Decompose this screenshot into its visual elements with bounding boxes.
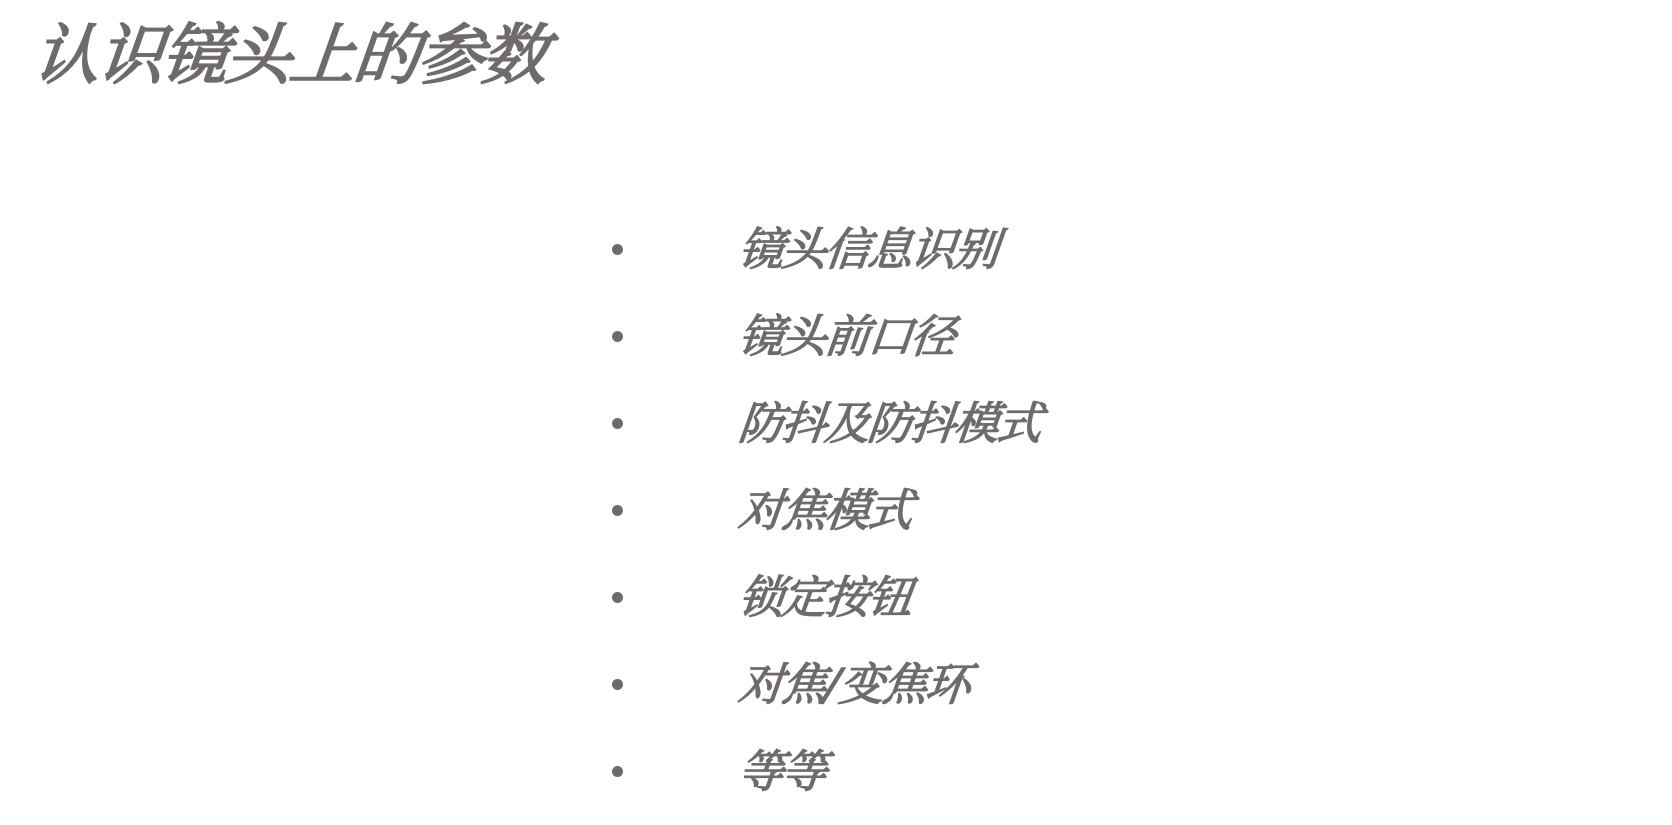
bullet-dot-icon	[612, 679, 623, 690]
bullet-dot-icon	[612, 244, 623, 255]
bullet-dot-icon	[612, 592, 623, 603]
list-item: 镜头前口径	[612, 293, 1040, 380]
bullet-dot-icon	[612, 331, 623, 342]
list-item: 防抖及防抖模式	[612, 380, 1040, 467]
bullet-text: 等等	[736, 742, 828, 802]
list-item: 对焦模式	[612, 467, 1040, 554]
list-item: 对焦/变焦环	[612, 641, 1040, 728]
list-item: 锁定按钮	[612, 554, 1040, 641]
bullet-text: 镜头信息识别	[736, 220, 1000, 280]
bullet-dot-icon	[612, 766, 623, 777]
list-item: 镜头信息识别	[612, 206, 1040, 293]
bullet-list: 镜头信息识别 镜头前口径 防抖及防抖模式 对焦模式 锁定按钮 对焦/变焦环 等等	[612, 206, 1040, 815]
bullet-text: 锁定按钮	[736, 568, 914, 628]
list-item: 等等	[612, 728, 1040, 815]
bullet-text: 对焦/变焦环	[736, 655, 972, 715]
bullet-text: 对焦模式	[736, 481, 914, 541]
slide-title: 认识镜头上的参数	[30, 16, 550, 96]
bullet-text: 镜头前口径	[736, 307, 957, 367]
bullet-dot-icon	[612, 418, 623, 429]
bullet-text: 防抖及防抖模式	[736, 394, 1043, 454]
bullet-dot-icon	[612, 505, 623, 516]
